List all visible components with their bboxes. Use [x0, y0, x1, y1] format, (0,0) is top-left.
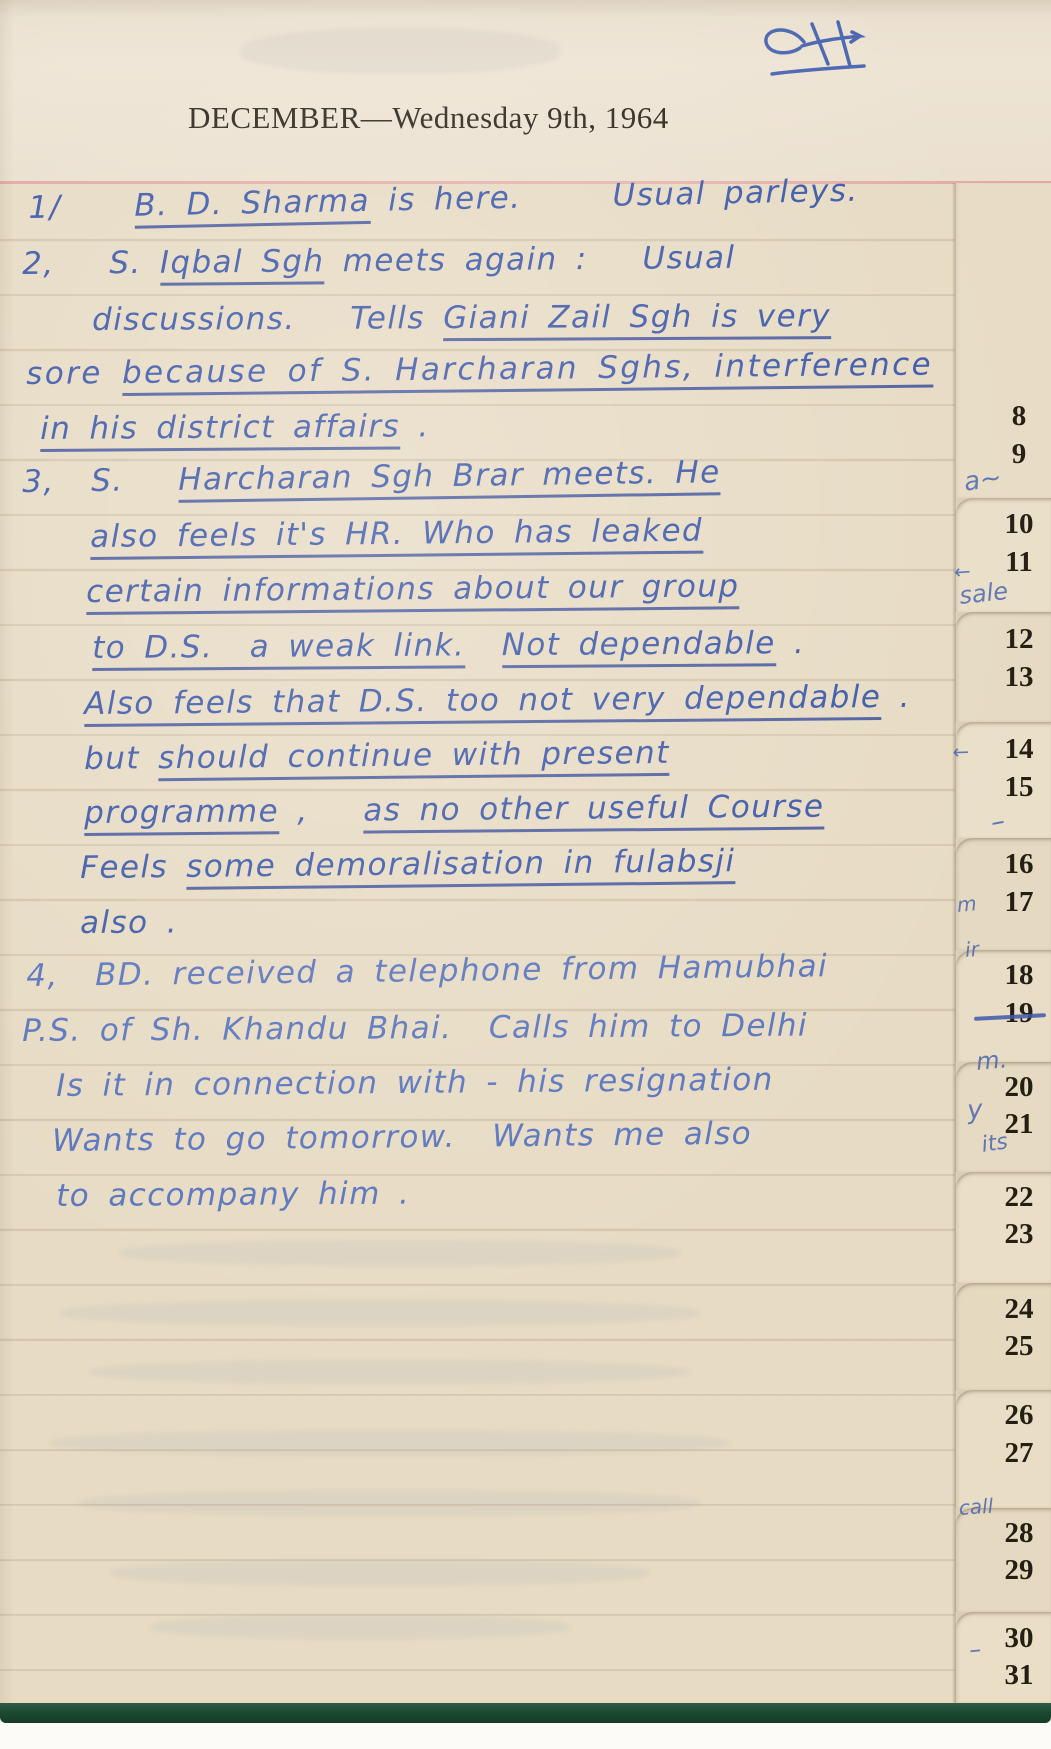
- ink-mark: m.: [975, 1045, 1008, 1076]
- tab-date-23: 23: [996, 1218, 1042, 1251]
- tab-date-11: 11: [996, 546, 1042, 579]
- diary-line: Wants to go tomorrow. Wants me also: [52, 1116, 752, 1159]
- tab-date-30: 30: [996, 1622, 1042, 1655]
- diary-line: Also feels that D.S. too not very depend…: [84, 679, 911, 722]
- tab-date-24: 24: [996, 1293, 1042, 1326]
- hw-underlined-phrase: as no other useful Course: [363, 789, 824, 834]
- diary-line: in his district affairs .: [40, 408, 430, 447]
- hw-text: .: [881, 679, 911, 715]
- hw-underlined-phrase: Giani Zail Sgh is very: [443, 298, 831, 341]
- hw-text: meets again : Usual: [324, 240, 735, 280]
- tab-date-10: 10: [996, 508, 1042, 541]
- tab-date-12: 12: [996, 623, 1042, 656]
- diary-line: Is it in connection with - his resignati…: [56, 1062, 774, 1104]
- bleedthrough-smudge: [110, 1560, 650, 1586]
- hw-underlined-phrase: to D.S. a weak link.: [92, 627, 465, 671]
- hw-text: Wants to go tomorrow. Wants me also: [52, 1116, 752, 1159]
- hw-underlined-phrase: Harcharan Sgh Brar meets. He: [178, 454, 721, 503]
- diary-line: certain informations about our group: [86, 568, 740, 610]
- diary-photo: DECEMBER—Wednesday 9th, 1964 89101112131…: [0, 0, 1051, 1749]
- tab-date-16: 16: [996, 848, 1042, 881]
- tab-date-28: 28: [996, 1517, 1042, 1550]
- hw-text: 3, S.: [22, 462, 178, 500]
- bleedthrough-smudge: [60, 1300, 700, 1326]
- hw-underlined-phrase: Also feels that D.S. too not very depend…: [84, 679, 881, 727]
- hw-underlined-phrase: Not dependable: [502, 625, 776, 668]
- ink-mark: a~: [962, 463, 1004, 498]
- ink-mark: m: [956, 891, 978, 917]
- hw-underlined-phrase: also feels it's HR. Who has leaked: [90, 513, 703, 560]
- ink-mark: ir: [964, 937, 980, 962]
- diary-page: DECEMBER—Wednesday 9th, 1964 89101112131…: [0, 0, 1051, 1703]
- ink-mark: –: [968, 1635, 982, 1664]
- hw-text: to accompany him .: [56, 1176, 410, 1214]
- diary-line: programme , as no other useful Course: [84, 789, 825, 831]
- bleedthrough-smudge: [90, 1360, 690, 1384]
- hw-underlined-phrase: B. D. Sharma: [134, 183, 370, 229]
- hw-text: ,: [279, 793, 364, 830]
- tab-date-8: 8: [996, 400, 1042, 433]
- bleedthrough-smudge: [120, 1240, 680, 1266]
- tab-date-20: 20: [996, 1071, 1042, 1104]
- diary-line: 2, S. Iqbal Sgh meets again : Usual: [22, 240, 736, 282]
- tab-date-27: 27: [996, 1437, 1042, 1470]
- background-surface: [0, 1723, 1051, 1749]
- diary-line: to D.S. a weak link. Not dependable .: [92, 625, 805, 666]
- diary-binding-edge: [0, 1703, 1051, 1723]
- diary-line: also feels it's HR. Who has leaked: [90, 513, 703, 555]
- tab-date-31: 31: [996, 1659, 1042, 1692]
- hw-underlined-phrase: in his district affairs: [40, 408, 400, 452]
- hw-text: but: [84, 740, 158, 777]
- hw-text: .: [400, 408, 430, 444]
- diary-line: Feels some demoralisation in fulabsji: [80, 843, 736, 886]
- tab-date-22: 22: [996, 1181, 1042, 1214]
- diary-line: but should continue with present: [84, 735, 670, 777]
- hw-text: discussions. Tells: [92, 300, 443, 338]
- tab-date-18: 18: [996, 959, 1042, 992]
- tab-date-25: 25: [996, 1330, 1042, 1363]
- diary-line: discussions. Tells Giani Zail Sgh is ver…: [92, 298, 831, 338]
- tab-date-17: 17: [996, 886, 1042, 919]
- hw-underlined-phrase: programme: [84, 793, 279, 836]
- diary-line: also .: [80, 904, 178, 941]
- printed-header-band: [0, 0, 1051, 181]
- tab-date-13: 13: [996, 661, 1042, 694]
- hw-underlined-phrase: Iqbal Sgh: [160, 243, 325, 285]
- tab-date-26: 26: [996, 1399, 1042, 1432]
- bleedthrough-smudge: [240, 28, 560, 74]
- ink-mark: ←: [952, 739, 970, 764]
- tab-date-19: 19: [996, 997, 1042, 1030]
- hw-text: sore: [26, 355, 122, 392]
- tab-date-9: 9: [996, 438, 1042, 471]
- handwritten-monogram: [742, 12, 892, 90]
- hw-text: P.S. of Sh. Khandu Bhai. Calls him to De…: [22, 1008, 808, 1049]
- hw-underlined-phrase: should continue with present: [158, 735, 670, 781]
- ink-mark: y: [966, 1095, 984, 1126]
- bleedthrough-smudge: [150, 1615, 570, 1639]
- hw-text: 1/: [28, 188, 135, 226]
- bleedthrough-smudge: [80, 1490, 700, 1516]
- tab-date-15: 15: [996, 771, 1042, 804]
- hw-text: also .: [80, 904, 178, 941]
- hw-underlined-phrase: because of S. Harcharan Sghs, interferen…: [122, 347, 933, 396]
- tab-date-14: 14: [996, 733, 1042, 766]
- tab-date-29: 29: [996, 1554, 1042, 1587]
- hw-text: Is it in connection with - his resignati…: [56, 1062, 774, 1104]
- ink-mark: its: [980, 1129, 1009, 1157]
- bleedthrough-smudge: [50, 1430, 730, 1456]
- diary-line: P.S. of Sh. Khandu Bhai. Calls him to De…: [22, 1008, 808, 1049]
- diary-line: to accompany him .: [56, 1176, 410, 1214]
- hw-text: Feels: [80, 849, 186, 886]
- page-edge: [952, 183, 957, 1703]
- ink-mark: sale: [958, 577, 1009, 610]
- hw-text: .: [776, 625, 806, 661]
- hw-text: 2, S.: [22, 245, 160, 282]
- printed-date-header: DECEMBER—Wednesday 9th, 1964: [188, 100, 669, 136]
- ink-mark: call: [958, 1494, 994, 1520]
- hw-text: [465, 627, 502, 663]
- hw-underlined-phrase: some demoralisation in fulabsji: [186, 843, 736, 890]
- hw-underlined-phrase: certain informations about our group: [86, 568, 740, 615]
